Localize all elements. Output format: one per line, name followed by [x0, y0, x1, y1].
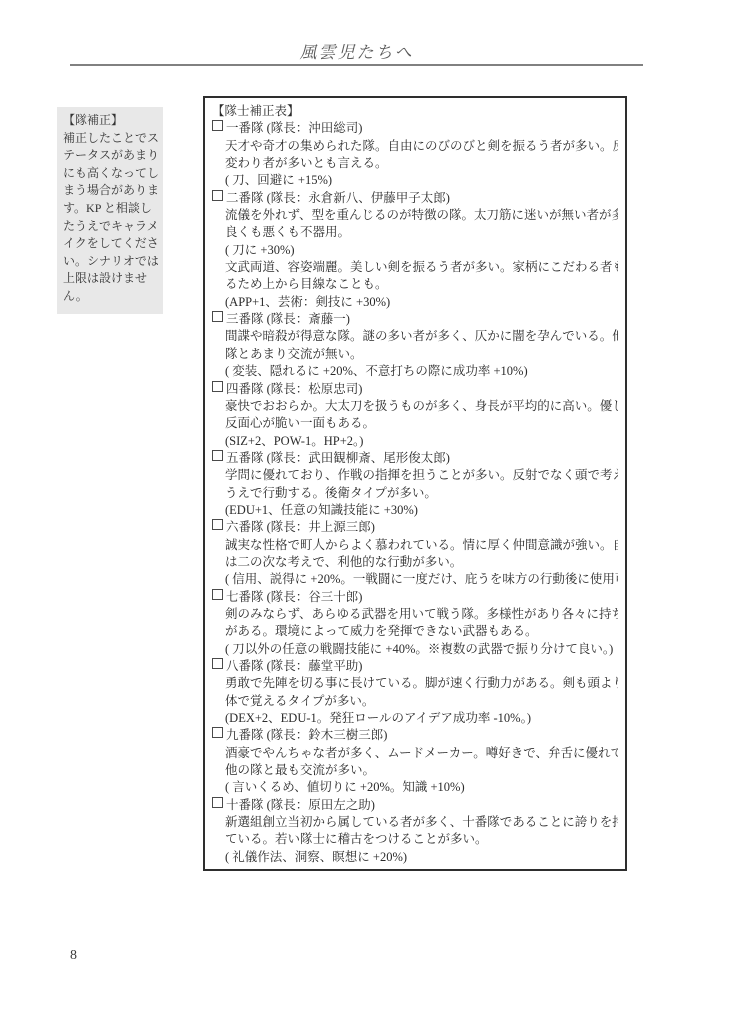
sidebar-note-line: 補正したことでス — [63, 130, 158, 148]
unit-header-label: 三番隊 (隊長：斎藤一) — [226, 312, 350, 326]
checkbox-icon — [212, 658, 223, 669]
unit-description-line: 酒豪でやんちゃな者が多く、ムードメーカー。噂好きで、弁舌に優れている。 — [212, 745, 618, 762]
sidebar-note-line: い。シナリオでは — [63, 253, 158, 271]
unit-modifier-line: (APP+1、芸術：剣技に +30%) — [212, 294, 618, 311]
unit-modifier-line: ( 礼儀作法、洞察、瞑想に +20%) — [212, 849, 618, 866]
checkbox-icon — [212, 381, 223, 392]
unit-header-label: 四番隊 (隊長：松原忠司) — [226, 382, 362, 396]
unit-header-label: 十番隊 (隊長：原田左之助) — [226, 798, 375, 812]
sidebar-note-line: テータスがあまり — [63, 147, 158, 165]
unit-modifier-line: (DEX+2、EDU-1。発狂ロールのアイデア成功率 -10%。) — [212, 710, 618, 727]
page-number: 8 — [70, 948, 77, 964]
unit-header: 八番隊 (隊長：藤堂平助) — [212, 658, 618, 675]
unit-description-line: 体で覚えるタイプが多い。 — [212, 693, 618, 710]
unit-header: 三番隊 (隊長：斎藤一) — [212, 311, 618, 328]
unit-header: 六番隊 (隊長：井上源三郎) — [212, 519, 618, 536]
checkbox-icon — [212, 589, 223, 600]
unit-block: 十番隊 (隊長：原田左之助)新選組創立当初から属している者が多く、十番隊であるこ… — [212, 797, 618, 866]
sidebar-note-title: 【隊補正】 — [63, 112, 158, 130]
unit-modifier-line: ( 刀、回避に +15%) — [212, 172, 618, 189]
unit-description-line: 豪快でおおらか。大太刀を扱うものが多く、身長が平均的に高い。優しい — [212, 398, 618, 415]
checkbox-icon — [212, 120, 223, 131]
unit-description-line: は二の次な考えで、利他的な行動が多い。 — [212, 554, 618, 571]
unit-description-line: るため上から目線なことも。 — [212, 276, 618, 293]
unit-description-line: 反面心が脆い一面もある。 — [212, 415, 618, 432]
sidebar-note-line: 上限は設けませ — [63, 270, 158, 288]
unit-modifier-line: ( 言いくるめ、値切りに +20%。知識 +10%) — [212, 779, 618, 796]
roster-panel: 【隊士補正表】 一番隊 (隊長：沖田総司)天才や奇才の集められた隊。自由にのびの… — [203, 96, 627, 871]
unit-block: 五番隊 (隊長：武田観柳斎、尾形俊太郎)学問に優れており、作戦の指揮を担うことが… — [212, 450, 618, 519]
checkbox-icon — [212, 311, 223, 322]
unit-header: 九番隊 (隊長：鈴木三樹三郎) — [212, 727, 618, 744]
unit-block: 一番隊 (隊長：沖田総司)天才や奇才の集められた隊。自由にのびのびと剣を振るう者… — [212, 120, 618, 189]
unit-header: 四番隊 (隊長：松原忠司) — [212, 381, 618, 398]
sidebar-note-line: イクをしてくださ — [63, 235, 158, 253]
unit-description-line: 良くも悪くも不器用。 — [212, 224, 618, 241]
unit-description-line: 隊とあまり交流が無い。 — [212, 346, 618, 363]
unit-header: 十番隊 (隊長：原田左之助) — [212, 797, 618, 814]
checkbox-icon — [212, 727, 223, 738]
unit-modifier-line: ( 信用、説得に +20%。一戦闘に一度だけ、庇うを味方の行動後に使用可。) — [212, 571, 618, 588]
unit-modifier-line: ( 刀に +30%) — [212, 242, 618, 259]
unit-header-label: 六番隊 (隊長：井上源三郎) — [226, 520, 375, 534]
sidebar-note: 【隊補正】 補正したことでステータスがあまりにも高くなってしまう場合があります。… — [57, 107, 163, 314]
unit-block: 三番隊 (隊長：斎藤一)間諜や暗殺が得意な隊。謎の多い者が多く、仄かに闇を孕んで… — [212, 311, 618, 380]
checkbox-icon — [212, 190, 223, 201]
unit-header-label: 一番隊 (隊長：沖田総司) — [226, 121, 362, 135]
checkbox-icon — [212, 797, 223, 808]
sidebar-note-line: す。KP と相談し — [63, 200, 158, 218]
unit-header-label: 九番隊 (隊長：鈴木三樹三郎) — [226, 728, 387, 742]
header-rule — [70, 64, 643, 66]
unit-block: 四番隊 (隊長：松原忠司)豪快でおおらか。大太刀を扱うものが多く、身長が平均的に… — [212, 381, 618, 450]
unit-modifier-line: (SIZ+2、POW-1。HP+2。) — [212, 433, 618, 450]
unit-modifier-line: ( 変装、隠れるに +20%、不意打ちの際に成功率 +10%) — [212, 363, 618, 380]
unit-header: 二番隊 (隊長：永倉新八、伊藤甲子太郎) — [212, 190, 618, 207]
checkbox-icon — [212, 519, 223, 530]
unit-description-line: 文武両道、容姿端麗。美しい剣を振るう者が多い。家柄にこだわる者もい — [212, 259, 618, 276]
unit-header-label: 五番隊 (隊長：武田観柳斎、尾形俊太郎) — [226, 451, 450, 465]
unit-modifier-line: (EDU+1、任意の知識技能に +30%) — [212, 502, 618, 519]
unit-header-label: 二番隊 (隊長：永倉新八、伊藤甲子太郎) — [226, 191, 450, 205]
unit-header: 五番隊 (隊長：武田観柳斎、尾形俊太郎) — [212, 450, 618, 467]
unit-block: 二番隊 (隊長：永倉新八、伊藤甲子太郎)流儀を外れず、型を重んじるのが特徴の隊。… — [212, 190, 618, 311]
unit-description-line: 他の隊と最も交流が多い。 — [212, 762, 618, 779]
unit-list: 一番隊 (隊長：沖田総司)天才や奇才の集められた隊。自由にのびのびと剣を振るう者… — [212, 120, 618, 866]
unit-description-line: 学問に優れており、作戦の指揮を担うことが多い。反射でなく頭で考えた — [212, 467, 618, 484]
unit-description-line: 変わり者が多いとも言える。 — [212, 155, 618, 172]
page-title: 風雲児たちへ — [70, 38, 643, 63]
unit-description-line: 流儀を外れず、型を重んじるのが特徴の隊。太刀筋に迷いが無い者が多い。 — [212, 207, 618, 224]
unit-block: 八番隊 (隊長：藤堂平助)勇敢で先陣を切る事に長けている。脚が速く行動力がある。… — [212, 658, 618, 727]
sidebar-note-line: たうえでキャラメ — [63, 218, 158, 236]
unit-description-line: ている。若い隊士に稽古をつけることが多い。 — [212, 831, 618, 848]
roster-panel-title: 【隊士補正表】 — [212, 103, 618, 120]
unit-block: 六番隊 (隊長：井上源三郎)誠実な性格で町人からよく慕われている。情に厚く仲間意… — [212, 519, 618, 588]
checkbox-icon — [212, 450, 223, 461]
unit-description-line: 誠実な性格で町人からよく慕われている。情に厚く仲間意識が強い。自分 — [212, 537, 618, 554]
unit-header-label: 八番隊 (隊長：藤堂平助) — [226, 659, 362, 673]
unit-description-line: 勇敢で先陣を切る事に長けている。脚が速く行動力がある。剣も頭より身 — [212, 675, 618, 692]
unit-header: 七番隊 (隊長：谷三十郎) — [212, 589, 618, 606]
sidebar-note-line: ん。 — [63, 288, 158, 306]
unit-header-label: 七番隊 (隊長：谷三十郎) — [226, 590, 362, 604]
unit-description-line: がある。環境によって威力を発揮できない武器もある。 — [212, 623, 618, 640]
unit-description-line: 天才や奇才の集められた隊。自由にのびのびと剣を振るう者が多い。反面 — [212, 138, 618, 155]
unit-header: 一番隊 (隊長：沖田総司) — [212, 120, 618, 137]
sidebar-note-lines: 補正したことでステータスがあまりにも高くなってしまう場合があります。KP と相談… — [63, 130, 158, 306]
unit-modifier-line: ( 刀以外の任意の戦闘技能に +40%。※複数の武器で振り分けて良い。) — [212, 641, 618, 658]
unit-description-line: 新選組創立当初から属している者が多く、十番隊であることに誇りを持っ — [212, 814, 618, 831]
sidebar-note-line: まう場合がありま — [63, 182, 158, 200]
unit-block: 九番隊 (隊長：鈴木三樹三郎)酒豪でやんちゃな者が多く、ムードメーカー。噂好きで… — [212, 727, 618, 796]
unit-description-line: 剣のみならず、あらゆる武器を用いて戦う隊。多様性があり各々に持ち味 — [212, 606, 618, 623]
sidebar-note-line: にも高くなってし — [63, 165, 158, 183]
unit-description-line: 間諜や暗殺が得意な隊。謎の多い者が多く、仄かに闇を孕んでいる。他の — [212, 328, 618, 345]
unit-description-line: うえで行動する。後衛タイプが多い。 — [212, 485, 618, 502]
unit-block: 七番隊 (隊長：谷三十郎)剣のみならず、あらゆる武器を用いて戦う隊。多様性があり… — [212, 589, 618, 658]
